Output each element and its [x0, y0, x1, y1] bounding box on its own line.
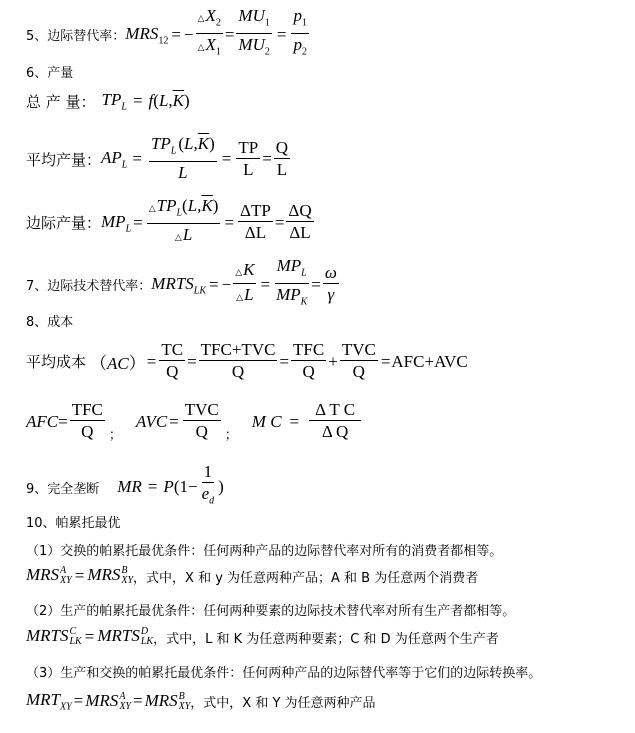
- fraction-price: p1 p2: [291, 6, 309, 64]
- pareto-condition-2-formula: MRTSCLK = MRTSDLK ，式中，L 和 K 为任意两种要素；C 和 …: [26, 626, 499, 647]
- fraction-tp-over-l: TPL(L,K) L: [149, 134, 217, 184]
- fraction-tfc-tvc-q: TFC+TVC Q: [199, 340, 278, 383]
- section-6-heading: 6、产量: [26, 62, 73, 81]
- fraction-dk-dl: △K △L: [233, 260, 256, 309]
- fraction-avc: TVC Q: [183, 400, 221, 443]
- section-5-marginal-rate-of-substitution: 5、边际替代率： MRS12 = − △X2 △X1 = MU1 MU2 = p…: [26, 6, 311, 64]
- fraction-tvc-q: TVC Q: [340, 340, 378, 383]
- average-cost-formula: 平均成本 （AC） = TC Q = TFC+TVC Q = TFC Q + T…: [26, 340, 468, 383]
- fraction-mc: Δ T C Δ Q: [309, 400, 361, 443]
- fraction-tp-l: TP L: [236, 138, 260, 181]
- condition-1-note: ，式中，X 和 y 为任意两种产品；A 和 B 为任意两个消费者: [133, 567, 478, 586]
- section-9-monopoly: 9、完全垄断 MR = P (1− 1 ed ): [26, 462, 224, 512]
- condition-2-note: ，式中，L 和 K 为任意两种要素；C 和 D 为任意两个生产者: [153, 628, 499, 647]
- fraction-delta-tp-over-delta-l: △TPL(L,K) △L: [147, 196, 221, 249]
- pareto-condition-2-text: （2）生产的帕累托最优条件：任何两种要素的边际技术替代率对所有生产者都相等。: [26, 600, 515, 619]
- section-9-label: 9、完全垄断: [26, 478, 99, 497]
- section-7-mrts: 7、边际技术替代率： MRTSLK = − △K △L = MPL MPK = …: [26, 256, 341, 314]
- fraction-mu: MU1 MU2: [236, 6, 271, 64]
- fraction-q-l: Q L: [274, 138, 290, 181]
- pareto-condition-3-text: （3）生产和交换的帕累托最优条件：任何两种产品的边际替代率等于它们的边际转换率。: [26, 662, 541, 681]
- fraction-omega-gamma: ω γ: [323, 263, 339, 306]
- pareto-condition-1-formula: MRSAXY = MRSBXY ，式中，X 和 y 为任意两种产品；A 和 B …: [26, 565, 478, 586]
- average-cost-label: 平均成本: [26, 351, 86, 372]
- marginal-product-formula: 边际产量： MPL = △TPL(L,K) △L = ΔTP ΔL = ΔQ Δ…: [26, 196, 316, 249]
- mrs-symbol: MRS12: [125, 24, 168, 46]
- pareto-condition-1-text: （1）交换的帕累托最优条件：任何两种产品的边际替代率对所有的消费者都相等。: [26, 540, 502, 559]
- fraction-dtp-dl: ΔTP ΔL: [238, 201, 273, 244]
- section-8-heading: 8、成本: [26, 311, 73, 330]
- section-10-heading: 10、帕累托最优: [26, 512, 121, 531]
- fraction-dq-dl: ΔQ ΔL: [286, 201, 313, 244]
- average-product-label: 平均产量：: [26, 149, 101, 170]
- section-5-label: 5、边际替代率：: [26, 25, 125, 44]
- pareto-condition-3-formula: MRTXY = MRSAXY = MRSBXY ，式中，X 和 Y 为任意两种产…: [26, 690, 376, 712]
- total-product-formula: 总 产 量： TPL = f ( L , K ): [26, 90, 190, 112]
- fraction-one-over-ed: 1 ed: [200, 462, 217, 512]
- afc-avc-mc-formulas: AFC = TFC Q ； AVC = TVC Q ； M C = Δ T C …: [26, 400, 363, 443]
- fraction-delta-x: △X2 △X1: [196, 6, 223, 64]
- fraction-tfc-q: TFC Q: [291, 340, 326, 383]
- total-product-label: 总 产 量：: [26, 91, 96, 112]
- fraction-mpl-mpk: MPL MPK: [274, 256, 309, 314]
- fraction-afc: TFC Q: [70, 400, 105, 443]
- condition-3-note: ，式中，X 和 Y 为任意两种产品: [190, 692, 375, 711]
- afc-plus-avc: AFC+AVC: [391, 352, 467, 372]
- fraction-tc-q: TC Q: [159, 340, 185, 383]
- average-product-formula: 平均产量： APL = TPL(L,K) L = TP L = Q L: [26, 134, 292, 184]
- marginal-product-label: 边际产量：: [26, 212, 101, 233]
- section-7-label: 7、边际技术替代率：: [26, 275, 151, 294]
